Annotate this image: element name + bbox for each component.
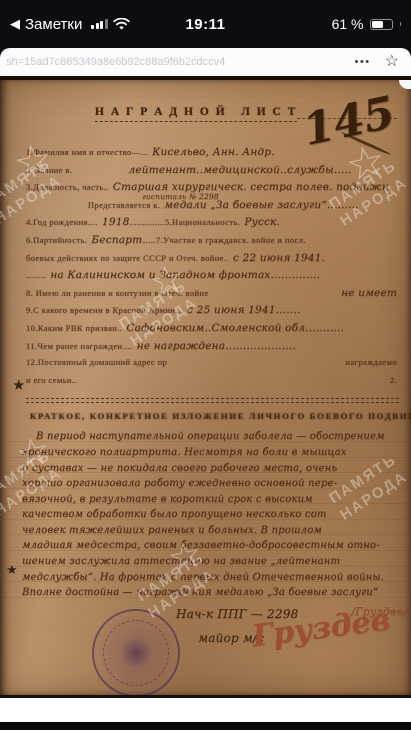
title-dashed-line: [297, 117, 397, 119]
form-label: 2. Звание в.: [26, 165, 72, 175]
citation-line: и суставах — не покидала своего рабочего…: [22, 463, 337, 474]
form-fields: 1.Фамилия имя и отчество—... Кисельво, А…: [0, 146, 411, 392]
form-label: 4.Год рождения....: [26, 217, 98, 227]
form-value-handwritten: не имеет: [341, 287, 397, 299]
document-title: Н А Г Р А Д Н О Й Л И С Т: [95, 106, 297, 122]
form-line: ........ на Калининском и Западном фронт…: [0, 269, 411, 287]
form-label: 3.Должность, часть..: [26, 182, 109, 192]
battery-percent: 61 %: [332, 16, 364, 32]
citation-line: В период наступательной операции заболел…: [36, 431, 385, 442]
status-bar: ◀ Заметки 19:11 61 %: [0, 0, 411, 48]
form-line: 8. Имею ли ранения и контузии в Отеч. во…: [0, 287, 411, 305]
form-label: награждаемо: [345, 357, 397, 367]
form-line: боевых действиях по защите СССР и Отеч. …: [0, 252, 411, 270]
bottom-bar: [0, 722, 411, 730]
phone-screen: ◀ Заметки 19:11 61 % sh=15ad7c865349a8e6…: [0, 0, 411, 730]
form-label: ........: [26, 270, 46, 280]
form-line: 12.Постоянный домашний адрес пр награжда…: [0, 357, 411, 375]
round-stamp: [86, 603, 185, 698]
bookmark-star-icon[interactable]: ☆: [385, 54, 399, 70]
form-value-handwritten: с 22 июня 1941.: [233, 252, 325, 264]
form-label: 12.Постоянный домашний адрес пр: [26, 357, 167, 367]
bottom-white-strip: [0, 698, 411, 722]
form-label: ..............5.Национальность.: [130, 217, 241, 227]
back-chevron-icon[interactable]: ◀: [10, 16, 20, 32]
citation-heading: КРАТКОЕ, КОНКРЕТНОЕ ИЗЛОЖЕНИЕ ЛИЧНОГО БО…: [30, 411, 411, 421]
form-label: 1.Фамилия имя и отчество—...: [26, 147, 148, 157]
form-value-handwritten: на Калининском и Западном фронтах.......…: [50, 269, 320, 281]
form-label: боевых действиях по защите СССР и Отеч. …: [26, 253, 229, 263]
form-value-handwritten: с 25 июня 1941.......: [187, 304, 300, 316]
url-text[interactable]: sh=15ad7c865349a8e6b92c88a9f6b2cdccv4: [6, 56, 355, 68]
section-divider: [26, 398, 399, 403]
citation-text: В период наступательной операции заболел…: [0, 426, 411, 598]
citation-line: хронического полиартрита. Несмотря на бо…: [22, 447, 347, 458]
form-value-handwritten: Сафоновским..Смоленской обл...........: [126, 322, 344, 334]
citation-line: младшая медсестра, своим беззаветно-добр…: [22, 540, 380, 551]
form-label: 11.Чем ранее награжден....: [26, 341, 133, 351]
citation-line: медслужбы“. На фронтах с первых дней Оте…: [22, 572, 384, 583]
form-value-handwritten: 1918: [102, 216, 130, 228]
form-line: 6.Партийность. Беспарт. ....7.Участие в …: [0, 234, 411, 252]
form-label: 9.С какого времени в Красной Армии...: [26, 305, 183, 315]
browser-toolbar: sh=15ad7c865349a8e6b92c88a9f6b2cdccv4 ••…: [0, 48, 411, 76]
form-line: госпиталь № 2298 Представляется к. медал…: [0, 199, 411, 217]
form-line: 10.Каким РВК призван.. Сафоновским..Смол…: [0, 322, 411, 340]
form-line: и его семьи.. 2.: [0, 375, 411, 393]
form-value-handwritten: лейтенант..медицинской..службы.....: [128, 164, 351, 176]
citation-line: качеством обработки было пропущено неско…: [22, 509, 327, 520]
form-line: 9.С какого времени в Красной Армии... с …: [0, 304, 411, 322]
document-scan[interactable]: ☆ ☆ ☆ ☆ ☆ ПАМЯТЬ НАРОДА ПАМЯТЬ НАРОДА ПА…: [0, 76, 411, 698]
form-line: 1.Фамилия имя и отчество—... Кисельво, А…: [0, 146, 411, 164]
form-label: Представляется к.: [88, 200, 160, 210]
citation-line: человек тяжелейших раненых и больных. В …: [22, 525, 322, 536]
form-label: 6.Партийность.: [26, 235, 87, 245]
scan-corner: [399, 80, 411, 89]
more-menu-icon[interactable]: •••: [355, 56, 371, 68]
signature-label: /Груздев/: [351, 605, 407, 618]
battery-icon: [370, 19, 393, 30]
form-label: 8. Имею ли ранения и контузии в Отеч. во…: [26, 288, 209, 298]
form-label: и его семьи..: [26, 375, 77, 385]
form-label: ....7.Участие в гражданск. войне и посл.: [146, 235, 306, 245]
citation-line: вязочной, в результате в короткий срок с…: [22, 494, 313, 505]
cellular-signal-icon: [91, 19, 108, 29]
citation-line: шением заслужила аттестацию на звание „л…: [22, 556, 340, 567]
form-value-handwritten: Беспарт.: [91, 234, 145, 246]
back-to-notes-button[interactable]: Заметки: [25, 16, 82, 33]
form-value-handwritten: Русск.: [244, 216, 280, 228]
citation-line: хорошо организовала работу ежедневно осн…: [22, 478, 337, 489]
signature-block: Нач-к ППГ — 2298 майор м/с Груздев /Груз…: [0, 603, 411, 698]
form-value-handwritten: Кисельво, Анн. Андр.: [152, 146, 275, 158]
form-label: 2.: [390, 375, 397, 385]
form-line: 2. Звание в. лейтенант..медицинской..слу…: [0, 164, 411, 182]
battery-nub: [400, 22, 402, 26]
form-line: 11.Чем ранее награжден.... не награждена…: [0, 340, 411, 358]
form-line: 4.Год рождения.... 1918 ..............5.…: [0, 216, 411, 234]
citation-line: Вполне достойна — награждения медалью „З…: [22, 587, 378, 598]
form-label: 10.Каким РВК призван..: [26, 323, 122, 333]
form-value-handwritten: не награждена....................: [137, 340, 296, 352]
wifi-icon: [113, 18, 130, 31]
